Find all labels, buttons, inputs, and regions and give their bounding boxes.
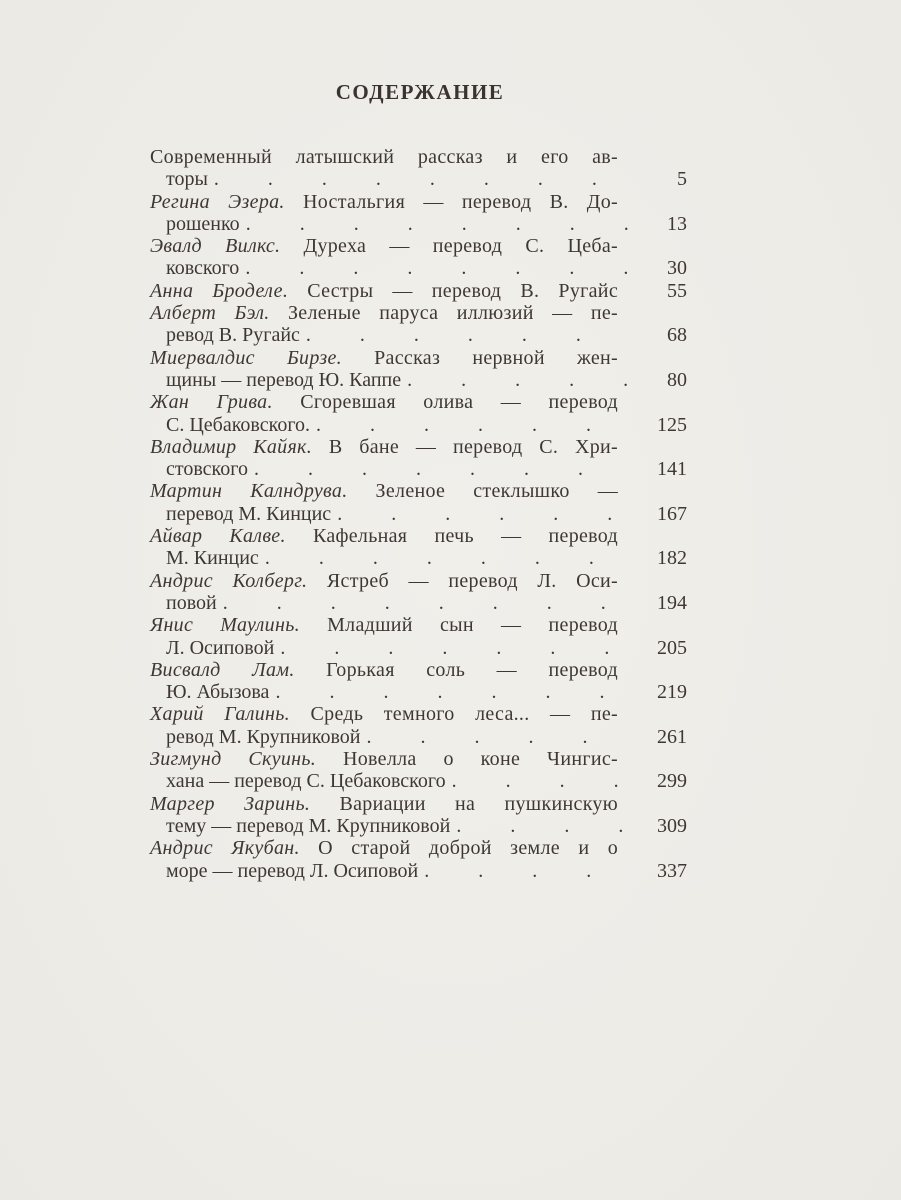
toc-entry: Харий Галинь. Средь темного леса... — пе… — [150, 703, 690, 748]
page-number: 125 — [627, 414, 687, 436]
toc-entry: Мартин Калндрува. Зеленое стеклышко — пе… — [150, 480, 690, 525]
dot-leader: . . . . . . . . . . . . . . . . . . . . — [337, 503, 628, 525]
entry-title: Зеленое стеклышко — — [376, 480, 618, 502]
entry-author: Регина Эзера. — [150, 191, 285, 213]
entry-title-continuation: хана — перевод С. Цебаковского — [166, 770, 446, 792]
page-number: 68 — [627, 324, 687, 346]
entry-title-continuation: торы — [166, 168, 208, 190]
entry-title: Сгоревшая олива — перевод — [300, 391, 618, 413]
entry-title: Средь темного леса... — пе- — [311, 703, 619, 725]
entry-title-continuation: ревод М. Крупниковой — [166, 726, 360, 748]
entry-title-continuation: щины — перевод Ю. Каппе — [166, 369, 401, 391]
entry-title: Сестры — перевод В. Ругайс — [307, 280, 618, 302]
toc-entry: Андрис Колберг. Ястреб — перевод Л. Оси-… — [150, 570, 690, 615]
toc-entry: Янис Маулинь. Младший сын — перевод Л. О… — [150, 614, 690, 659]
entry-title: Горькая соль — перевод — [326, 659, 618, 681]
page-number: 219 — [627, 681, 687, 703]
entry-author: Анна Броделе. — [150, 280, 288, 302]
entry-title-continuation: перевод М. Кинцис — [166, 503, 331, 525]
entry-author: Владимир Кайяк. — [150, 436, 312, 458]
entry-title: Ностальгия — перевод В. До- — [303, 191, 618, 213]
toc-entry: Владимир Кайяк. В бане — перевод С. Хри-… — [150, 436, 690, 481]
page-title: СОДЕРЖАНИЕ — [0, 80, 840, 105]
entry-title-continuation: С. Цебаковского. — [166, 414, 310, 436]
dot-leader: . . . . . . . . . . . . . . . . . . . . — [265, 547, 628, 569]
entry-continuation-line: торы . . . . . . . . . . . . . . . . . .… — [150, 168, 634, 190]
entry-title-continuation: Ю. Абызова — [166, 681, 269, 703]
entry-title-continuation: ковского — [166, 257, 239, 279]
entry-author: Зигмунд Скуинь. — [150, 748, 316, 770]
toc-entry: Алберт Бэл. Зеленые паруса иллюзий — пе-… — [150, 302, 690, 347]
toc-entry: Андрис Якубан. О старой доброй земле и о… — [150, 837, 690, 882]
dot-leader: . . . . . . . . . . . . . . . . . . . . — [280, 637, 628, 659]
dot-leader: . . . . . . . . . . . . . . . . . . . . — [214, 168, 628, 190]
entry-author: Маргер Заринь. — [150, 793, 310, 815]
dot-leader: . . . . . . . . . . . . . . . . . . . . — [254, 458, 628, 480]
entry-author: Харий Галинь. — [150, 703, 290, 725]
entry-title-continuation: море — перевод Л. Осиповой — [166, 860, 418, 882]
entry-title: Кафельная печь — перевод — [313, 525, 618, 547]
toc-entry: Маргер Заринь. Вариации на пушкинскую те… — [150, 793, 690, 838]
dot-leader: . . . . . . . . . . . . . . . . . . . . — [246, 213, 628, 235]
book-page: СОДЕРЖАНИЕ Современный латышский рассказ… — [0, 0, 901, 1200]
toc-entry: Современный латышский рассказ и его ав- … — [150, 146, 690, 191]
entry-author: Андрис Колберг. — [150, 570, 307, 592]
dot-leader: . . . . . . . . . . . . . . . . . . . . — [424, 860, 628, 882]
entry-title-continuation: тему — перевод М. Крупниковой — [166, 815, 450, 837]
dot-leader: . . . . . . . . . . . . . . . . . . . . — [452, 770, 628, 792]
entry-title-continuation: Л. Осиповой — [166, 637, 274, 659]
dot-leader: . . . . . . . . . . . . . . . . . . . . — [223, 592, 628, 614]
entry-author: Эвалд Вилкс. — [150, 235, 280, 257]
page-number: 5 — [627, 168, 687, 190]
entry-author: Айвар Калве. — [150, 525, 286, 547]
entry-title: Зеленые паруса иллюзий — пе- — [288, 302, 618, 324]
toc-entry: Айвар Калве. Кафельная печь — перевод М.… — [150, 525, 690, 570]
page-number: 309 — [627, 815, 687, 837]
entry-author: Мартин Калндрува. — [150, 480, 348, 502]
entry-title-continuation: М. Кинцис — [166, 547, 259, 569]
page-number: 80 — [627, 369, 687, 391]
toc-entry: Эвалд Вилкс. Дуреха — перевод С. Цеба- к… — [150, 235, 690, 280]
page-number: 141 — [627, 458, 687, 480]
entry-title: О старой доброй земле и о — [318, 837, 618, 859]
page-number: 337 — [627, 860, 687, 882]
page-number: 30 — [627, 257, 687, 279]
entry-title: Младший сын — перевод — [327, 614, 618, 636]
entry-author: Андрис Якубан. — [150, 837, 300, 859]
dot-leader: . . . . . . . . . . . . . . . . . . . . — [407, 369, 628, 391]
page-number: 13 — [627, 213, 687, 235]
entry-title: Ястреб — перевод Л. Оси- — [327, 570, 618, 592]
toc-entry: Висвалд Лам. Горькая соль — перевод Ю. А… — [150, 659, 690, 704]
toc-entry: Регина Эзера. Ностальгия — перевод В. До… — [150, 191, 690, 236]
entry-title: Современный латышский рассказ и его ав- — [150, 146, 618, 168]
entry-author: Янис Маулинь. — [150, 614, 300, 636]
entry-author: Жан Грива. — [150, 391, 273, 413]
dot-leader: . . . . . . . . . . . . . . . . . . . . — [456, 815, 628, 837]
entry-title: В бане — перевод С. Хри- — [329, 436, 618, 458]
page-number: 55 — [627, 280, 687, 302]
dot-leader: . . . . . . . . . . . . . . . . . . . . — [245, 257, 628, 279]
page-number: 205 — [627, 637, 687, 659]
entry-title-continuation: стовского — [166, 458, 248, 480]
toc-entry: Анна Броделе. Сестры — перевод В. Ругайс… — [150, 280, 690, 302]
entry-title-continuation: рошенко — [166, 213, 240, 235]
entry-title: Новелла о коне Чингис- — [343, 748, 618, 770]
page-number: 261 — [627, 726, 687, 748]
entry-title: Дуреха — перевод С. Цеба- — [304, 235, 619, 257]
page-number: 182 — [627, 547, 687, 569]
page-number: 299 — [627, 770, 687, 792]
entry-title: Вариации на пушкинскую — [339, 793, 618, 815]
entry-author: Миервалдис Бирзе. — [150, 347, 342, 369]
dot-leader: . . . . . . . . . . . . . . . . . . . . — [316, 414, 628, 436]
dot-leader: . . . . . . . . . . . . . . . . . . . . — [275, 681, 628, 703]
toc-entry: Миервалдис Бирзе. Рассказ нервной жен- щ… — [150, 347, 690, 392]
toc-entry: Жан Грива. Сгоревшая олива — перевод С. … — [150, 391, 690, 436]
toc-entry: Зигмунд Скуинь. Новелла о коне Чингис- х… — [150, 748, 690, 793]
table-of-contents: Современный латышский рассказ и его ав- … — [150, 146, 690, 882]
entry-title-line: Современный латышский рассказ и его ав- — [150, 146, 618, 168]
dot-leader: . . . . . . . . . . . . . . . . . . . . — [306, 324, 628, 346]
entry-title-continuation: ревод В. Ругайс — [166, 324, 300, 346]
dot-leader: . . . . . . . . . . . . . . . . . . . . — [366, 726, 628, 748]
entry-author: Алберт Бэл. — [150, 302, 270, 324]
entry-title: Рассказ нервной жен- — [374, 347, 618, 369]
page-number: 194 — [627, 592, 687, 614]
page-number: 167 — [627, 503, 687, 525]
entry-title-continuation: повой — [166, 592, 217, 614]
entry-author: Висвалд Лам. — [150, 659, 295, 681]
